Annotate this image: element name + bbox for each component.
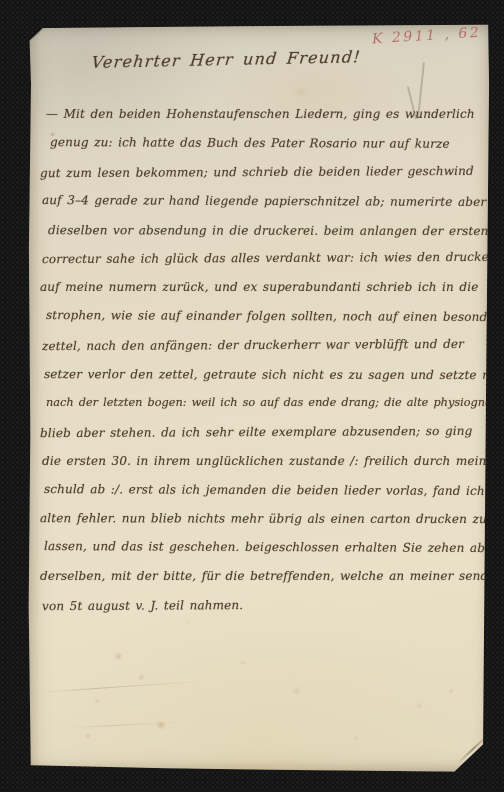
manuscript-line: auf 3–4 gerade zur hand liegende papiers… (42, 186, 480, 217)
manuscript-line: lassen, und das ist geschehen. beigeschl… (44, 532, 480, 563)
manuscript-line: von 5t august v. J. teil nahmen. (42, 590, 480, 621)
manuscript-line: dieselben vor absendung in die druckerei… (48, 216, 480, 246)
manuscript-line: — Mit den beiden Hohenstaufenschen Liede… (46, 100, 480, 129)
archive-number: K 2911 , 62 (372, 25, 482, 48)
manuscript-line: genug zu: ich hatte das Buch des Pater R… (50, 128, 480, 159)
scan-background: K 2911 , 62 Verehrter Herr und Freund! —… (0, 0, 504, 792)
manuscript-line: nach der letzten bogen: weil ich so auf … (46, 389, 480, 418)
manuscript-page: K 2911 , 62 Verehrter Herr und Freund! —… (28, 24, 490, 772)
manuscript-line: gut zum lesen bekommen; und schrieb die … (40, 157, 480, 188)
manuscript-line: die ersten 30. in ihrem unglücklichen zu… (42, 447, 480, 476)
manuscript-line: strophen, wie sie auf einander folgen so… (46, 301, 480, 332)
letter-body: — Mit den beiden Hohenstaufenschen Liede… (40, 100, 480, 620)
paper-crease (40, 680, 210, 693)
folded-corner-top-left (29, 24, 47, 42)
folded-corner-bottom-right (457, 734, 489, 764)
manuscript-line: auf meine numern zurück, und ex superabu… (40, 273, 480, 302)
manuscript-line: setzer verlor den zettel, getraute sich … (44, 360, 480, 390)
paper-crease (68, 721, 198, 729)
manuscript-line: blieb aber stehen. da ich sehr eilte exe… (40, 417, 480, 448)
manuscript-line: alten fehler. nun blieb nichts mehr übri… (40, 505, 480, 535)
manuscript-line: schuld ab :/. erst als ich jemanden die … (44, 475, 480, 506)
manuscript-line: derselben, mit der bitte, für die betref… (40, 562, 480, 591)
manuscript-line: zettel, nach den anfängen: der druckerhe… (42, 330, 480, 361)
manuscript-line: correctur sahe ich glück das alles verda… (42, 243, 480, 274)
letter-salutation: Verehrter Herr und Freund! (91, 47, 362, 72)
